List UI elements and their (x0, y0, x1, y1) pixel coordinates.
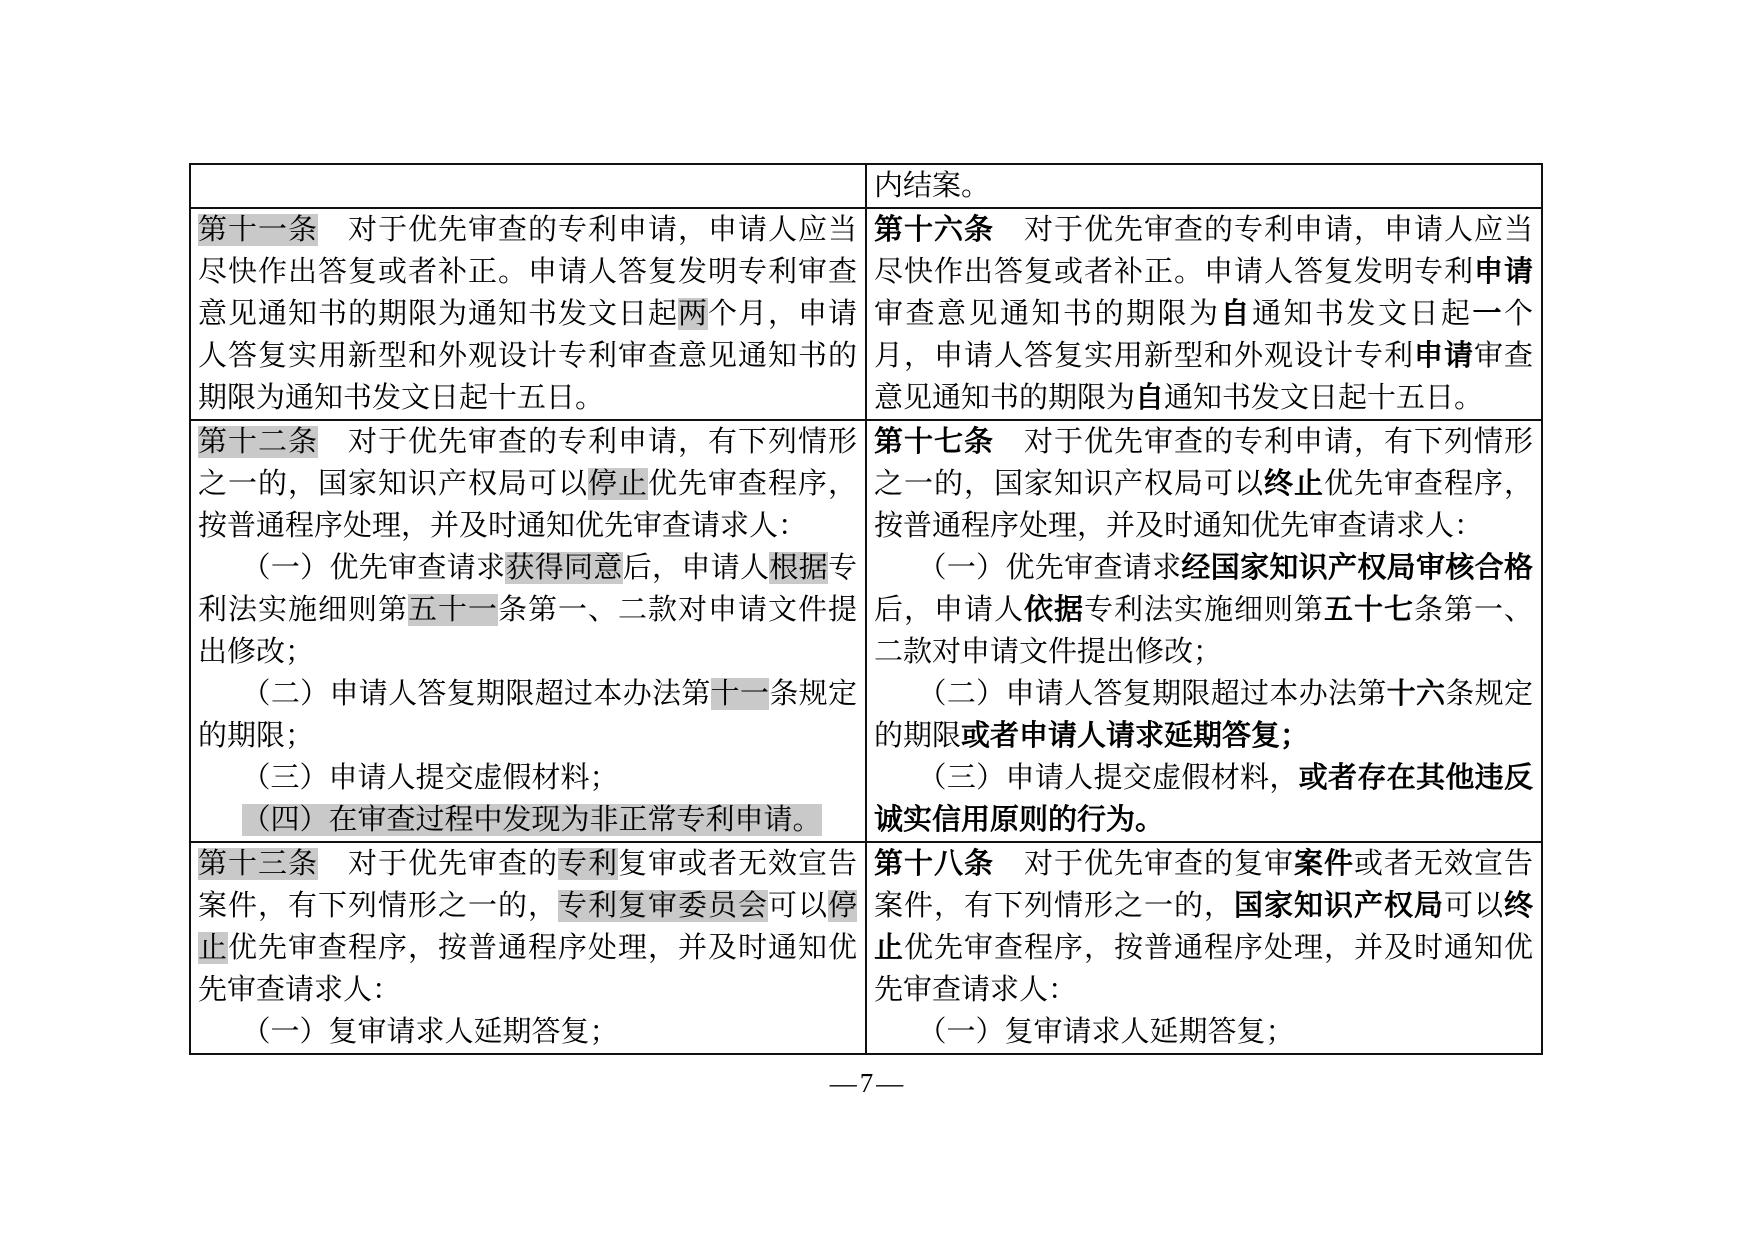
text-segment: （一）复审请求人延期答复； (918, 1016, 1295, 1048)
bold-revision-text: 或者申请人请求延期答复； (961, 720, 1309, 752)
bold-revision-text: 自 (1220, 298, 1252, 330)
left-column-cell: 第十一条 对于优先审查的专利申请，申请人应当尽快作出答复或者补正。申请人答复发明… (190, 208, 866, 420)
text-segment: （二）申请人答复期限超过本办法第 (242, 678, 711, 710)
page-number: —7— (0, 1068, 1736, 1099)
highlighted-text: 专利 (558, 848, 618, 880)
paragraph: 第十一条 对于优先审查的专利申请，申请人应当尽快作出答复或者补正。申请人答复发明… (198, 209, 857, 419)
text-segment: （一）优先审查请求 (918, 552, 1182, 584)
right-column-cell: 第十八条 对于优先审查的复审案件或者无效宣告案件，有下列情形之一的，国家知识产权… (866, 842, 1542, 1054)
table-row: 第十一条 对于优先审查的专利申请，申请人应当尽快作出答复或者补正。申请人答复发明… (190, 208, 1542, 420)
paragraph: 第十六条 对于优先审查的专利申请，申请人应当尽快作出答复或者补正。申请人答复发明… (874, 209, 1533, 419)
highlighted-text: 停止 (588, 468, 648, 500)
paragraph: 第十三条 对于优先审查的专利复审或者无效宣告案件，有下列情形之一的，专利复审委员… (198, 843, 857, 1011)
bold-revision-text: 第十八条 (874, 848, 994, 880)
highlighted-text: 第十三条 (198, 848, 318, 880)
bold-revision-text: 经国家知识产权局审核合格 (1181, 552, 1533, 584)
highlighted-text: 第十二条 (198, 426, 318, 458)
text-segment: （二）申请人答复期限超过本办法第 (918, 678, 1387, 710)
highlighted-text: 专利复审委员会 (558, 890, 768, 922)
text-segment: 后，申请人 (874, 594, 1024, 626)
highlighted-text: 五十一 (408, 594, 498, 626)
highlighted-text: 两 (678, 298, 708, 330)
left-column-cell: 第十二条 对于优先审查的专利申请，有下列情形之一的，国家知识产权局可以停止优先审… (190, 420, 866, 842)
paragraph: （一）复审请求人延期答复； (198, 1011, 857, 1053)
paragraph: （一）优先审查请求获得同意后，申请人根据专利法实施细则第五十一条第一、二款对申请… (198, 547, 857, 673)
comparison-table: 内结案。第十一条 对于优先审查的专利申请，申请人应当尽快作出答复或者补正。申请人… (189, 163, 1543, 1055)
paragraph: （三）申请人提交虚假材料； (198, 757, 857, 799)
paragraph: （二）申请人答复期限超过本办法第十六条规定的期限或者申请人请求延期答复； (874, 673, 1533, 757)
paragraph: （四）在审查过程中发现为非正常专利申请。 (198, 799, 857, 841)
highlighted-text: 获得同意 (505, 552, 622, 584)
text-segment: 可以 (1444, 890, 1504, 922)
bold-revision-text: 申请 (1474, 256, 1533, 288)
bold-revision-text: 十六 (1387, 678, 1446, 710)
paragraph: （一）优先审查请求经国家知识产权局审核合格后，申请人依据专利法实施细则第五十七条… (874, 547, 1533, 673)
text-segment: 优先审查程序，按普通程序处理，并及时通知优先审查请求人： (198, 932, 857, 1006)
table-row: 第十二条 对于优先审查的专利申请，有下列情形之一的，国家知识产权局可以停止优先审… (190, 420, 1542, 842)
text-segment: （三）申请人提交虚假材料， (918, 762, 1299, 794)
text-segment: 审查意见通知书的期限为 (874, 298, 1220, 330)
highlighted-text: 十一 (711, 678, 770, 710)
paragraph: 第十二条 对于优先审查的专利申请，有下列情形之一的，国家知识产权局可以停止优先审… (198, 421, 857, 547)
text-segment: 内结案。 (874, 170, 990, 202)
bold-revision-text: 自 (1135, 382, 1164, 414)
bold-revision-text: 一 (1472, 298, 1504, 330)
paragraph: 第十八条 对于优先审查的复审案件或者无效宣告案件，有下列情形之一的，国家知识产权… (874, 843, 1533, 1011)
highlighted-text: 根据 (769, 552, 828, 584)
bold-revision-text: 第十七条 (874, 426, 994, 458)
right-column-cell: 第十六条 对于优先审查的专利申请，申请人应当尽快作出答复或者补正。申请人答复发明… (866, 208, 1542, 420)
text-segment: （三）申请人提交虚假材料； (242, 762, 619, 794)
comparison-table-body: 内结案。第十一条 对于优先审查的专利申请，申请人应当尽快作出答复或者补正。申请人… (190, 164, 1542, 1054)
bold-revision-text: 第十六条 (874, 214, 994, 246)
paragraph: （三）申请人提交虚假材料，或者存在其他违反诚实信用原则的行为。 (874, 757, 1533, 841)
text-segment: 后，申请人 (623, 552, 770, 584)
text-segment: 优先审查程序，按普通程序处理，并及时通知优先审查请求人： (874, 932, 1533, 1006)
left-column-cell: 第十三条 对于优先审查的专利复审或者无效宣告案件，有下列情形之一的，专利复审委员… (190, 842, 866, 1054)
highlighted-text: 第十一条 (198, 214, 318, 246)
paragraph: （二）申请人答复期限超过本办法第十一条规定的期限； (198, 673, 857, 757)
paragraph: （一）复审请求人延期答复； (874, 1011, 1533, 1053)
text-segment: 专利法实施细则第 (1084, 594, 1324, 626)
bold-revision-text: 终止 (1264, 468, 1324, 500)
bold-revision-text: 国家知识产权局 (1234, 890, 1444, 922)
bold-revision-text: 案件 (1294, 848, 1354, 880)
bold-revision-text: 申请 (1414, 340, 1474, 372)
right-column-cell: 第十七条 对于优先审查的专利申请，有下列情形之一的，国家知识产权局可以终止优先审… (866, 420, 1542, 842)
page: { "colors": { "highlight": "#c9c9c9", "t… (0, 0, 1755, 1241)
right-column-cell: 内结案。 (866, 164, 1542, 208)
document-page: 内结案。第十一条 对于优先审查的专利申请，申请人应当尽快作出答复或者补正。申请人… (0, 0, 1755, 1241)
text-segment: （一）优先审查请求 (242, 552, 506, 584)
bold-revision-text: 依据 (1024, 594, 1084, 626)
text-segment: 可以 (768, 890, 828, 922)
paragraph: 第十七条 对于优先审查的专利申请，有下列情形之一的，国家知识产权局可以终止优先审… (874, 421, 1533, 547)
text-segment: 通知书发文日起十五日。 (1164, 382, 1483, 414)
table-row: 内结案。 (190, 164, 1542, 208)
text-segment: 对于优先审查的复审 (994, 848, 1294, 880)
text-segment: 通知书发文日起 (1252, 298, 1472, 330)
table-row: 第十三条 对于优先审查的专利复审或者无效宣告案件，有下列情形之一的，专利复审委员… (190, 842, 1542, 1054)
text-segment: （一）复审请求人延期答复； (242, 1016, 619, 1048)
paragraph: 内结案。 (874, 165, 1533, 207)
text-segment: 对于优先审查的 (318, 848, 558, 880)
left-column-cell (190, 164, 866, 208)
bold-revision-text: 五十七 (1324, 594, 1414, 626)
highlighted-text: （四）在审查过程中发现为非正常专利申请。 (242, 804, 822, 836)
